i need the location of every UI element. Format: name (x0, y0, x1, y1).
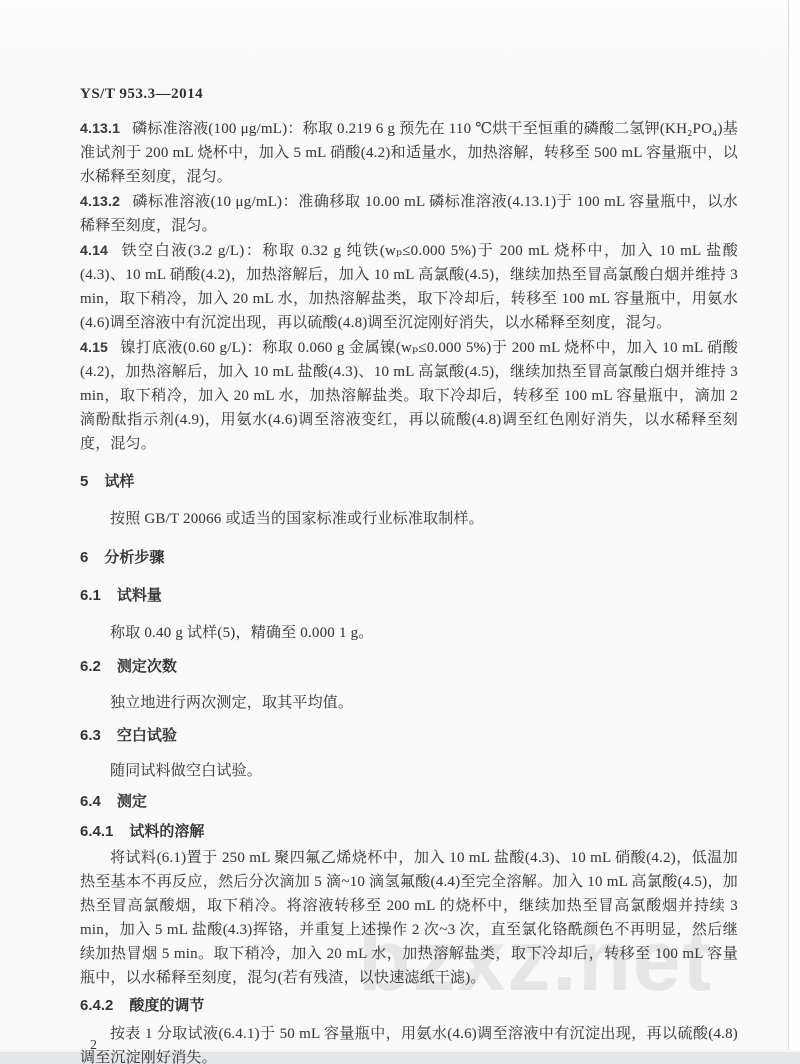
section-title: 酸度的调节 (129, 997, 204, 1014)
standard-number: YS/T 953.3—2014 (80, 84, 738, 104)
clause-number: 4.14 (80, 242, 108, 258)
clause-4-13-2: 4.13.2磷标准溶液(10 μg/mL)：准确移取 10.00 mL 磷标准溶… (80, 189, 738, 238)
clause-number: 4.15 (80, 339, 108, 355)
clause-text: 磷标准溶液(10 μg/mL)：准确移取 10.00 mL 磷标准溶液(4.13… (80, 194, 738, 234)
section-title: 测定 (117, 793, 147, 810)
body-paragraph-6-1: 称取 0.40 g 试样(5)，精确至 0.000 1 g。 (80, 621, 738, 645)
section-heading-6-4: 6.4测定 (80, 792, 738, 812)
section-heading-6-2: 6.2测定次数 (80, 657, 738, 677)
clause-text: 镍打底液(0.60 g/L)：称取 0.060 g 金属镍(wₚ≤0.000 5… (80, 340, 738, 452)
section-title: 试料的溶解 (129, 823, 204, 840)
scan-edge-line (788, 0, 789, 1064)
page-content: YS/T 953.3—2014 4.13.1磷标准溶液(100 μg/mL)：称… (80, 0, 738, 1064)
section-number: 6.3 (80, 727, 101, 744)
section-number: 6.2 (80, 658, 101, 675)
section-heading-5: 5试样 (80, 472, 738, 492)
section-heading-6-4-2: 6.4.2酸度的调节 (80, 996, 738, 1016)
section-heading-6: 6分析步骤 (80, 548, 738, 568)
section-title: 测定次数 (117, 658, 177, 675)
clause-text: 磷标准溶液(100 μg/mL)：称取 0.219 6 g 预先在 110 ℃烘… (80, 121, 738, 185)
section-heading-6-1: 6.1试料量 (80, 586, 738, 606)
clause-number: 4.13.2 (80, 193, 120, 209)
body-paragraph-6-4-1: 将试料(6.1)置于 250 mL 聚四氟乙烯烧杯中，加入 10 mL 盐酸(4… (80, 846, 738, 990)
section-number: 6.4.2 (80, 997, 113, 1014)
body-paragraph-6-4-2: 按表 1 分取试液(6.4.1)于 50 mL 容量瓶中，用氨水(4.6)调至溶… (80, 1022, 738, 1064)
section-number: 6.1 (80, 587, 101, 604)
body-paragraph-6-3: 随同试料做空白试验。 (80, 759, 738, 783)
clause-number: 4.13.1 (80, 120, 120, 136)
section-title: 空白试验 (117, 727, 177, 744)
body-paragraph-6-2: 独立地进行两次测定，取其平均值。 (80, 691, 738, 715)
scan-edge-band (789, 0, 800, 1064)
section-heading-6-3: 6.3空白试验 (80, 726, 738, 746)
clause-text: 铁空白液(3.2 g/L)：称取 0.32 g 纯铁(wₚ≤0.000 5%)于… (80, 243, 738, 331)
section-number: 6 (80, 549, 88, 566)
document-page: bzxz.net YS/T 953.3—2014 4.13.1磷标准溶液(100… (0, 0, 800, 1064)
body-paragraph-5: 按照 GB/T 20066 或适当的国家标准或行业标准取制样。 (80, 507, 738, 531)
clause-4-15: 4.15镍打底液(0.60 g/L)：称取 0.060 g 金属镍(wₚ≤0.0… (80, 335, 738, 456)
section-number: 6.4.1 (80, 823, 113, 840)
section-title: 试样 (104, 473, 134, 490)
section-title: 试料量 (117, 587, 162, 604)
section-number: 5 (80, 473, 88, 490)
clause-4-14: 4.14铁空白液(3.2 g/L)：称取 0.32 g 纯铁(wₚ≤0.000 … (80, 238, 738, 335)
clause-4-13-1: 4.13.1磷标准溶液(100 μg/mL)：称取 0.219 6 g 预先在 … (80, 116, 738, 189)
page-number: 2 (90, 1038, 97, 1054)
section-heading-6-4-1: 6.4.1试料的溶解 (80, 822, 738, 842)
section-number: 6.4 (80, 793, 101, 810)
section-title: 分析步骤 (104, 549, 164, 566)
